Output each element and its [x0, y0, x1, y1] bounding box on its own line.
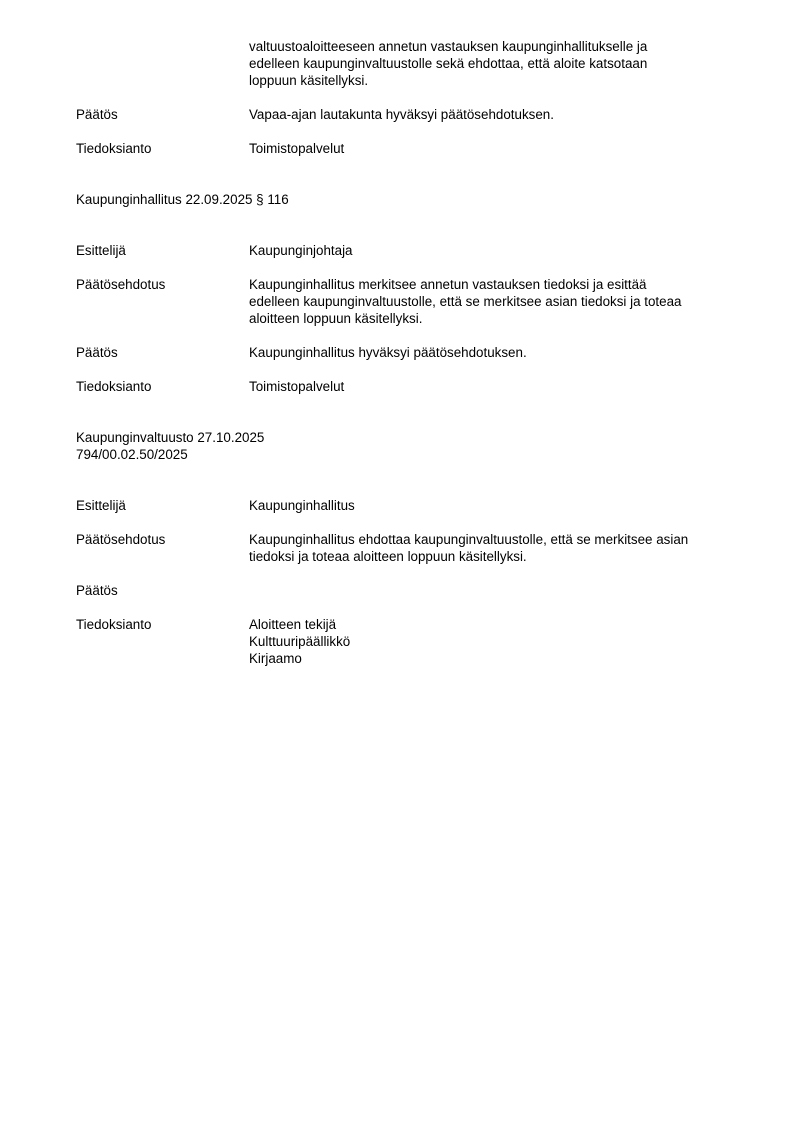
- s1-tiedoksianto-row: Tiedoksianto Toimistopalvelut: [76, 378, 736, 395]
- text-line: Toimistopalvelut: [249, 378, 736, 395]
- field-value: Vapaa-ajan lautakunta hyväksyi päätösehd…: [249, 106, 736, 123]
- s2-paatosehdotus-row: Päätösehdotus Kaupunginhallitus ehdottaa…: [76, 531, 736, 565]
- field-label: Tiedoksianto: [76, 140, 249, 157]
- field-value: Kaupunginhallitus merkitsee annetun vast…: [249, 276, 736, 327]
- text-line: Kaupunginhallitus merkitsee annetun vast…: [249, 276, 736, 293]
- text-line: loppuun käsitellyksi.: [249, 72, 736, 89]
- text-line: Aloitteen tekijä: [249, 616, 736, 633]
- field-value: Kaupunginhallitus hyväksyi päätösehdotuk…: [249, 344, 736, 361]
- text-line: aloitteen loppuun käsitellyksi.: [249, 310, 736, 327]
- field-value: Kaupunginhallitus ehdottaa kaupunginvalt…: [249, 531, 736, 565]
- field-label: Tiedoksianto: [76, 616, 249, 667]
- s1-paatosehdotus-row: Päätösehdotus Kaupunginhallitus merkitse…: [76, 276, 736, 327]
- text-line: edelleen kaupunginvaltuustolle sekä ehdo…: [249, 55, 736, 72]
- s1-esittelija-row: Esittelijä Kaupunginjohtaja: [76, 242, 736, 259]
- section-heading-kaupunginvaltuusto: Kaupunginvaltuusto 27.10.2025 794/00.02.…: [76, 429, 736, 463]
- field-label: Esittelijä: [76, 242, 249, 259]
- field-value: Kaupunginhallitus: [249, 497, 736, 514]
- field-value: Toimistopalvelut: [249, 378, 736, 395]
- field-label: Päätös: [76, 106, 249, 123]
- text-line: Kirjaamo: [249, 650, 736, 667]
- document-page: valtuustoaloitteeseen annetun vastauksen…: [76, 38, 736, 684]
- text-line: Kaupunginjohtaja: [249, 242, 736, 259]
- section-heading-kaupunginhallitus: Kaupunginhallitus 22.09.2025 § 116: [76, 191, 736, 208]
- s1-paatos-row: Päätös Kaupunginhallitus hyväksyi päätös…: [76, 344, 736, 361]
- intro-empty-label: [76, 38, 249, 89]
- text-line: tiedoksi ja toteaa aloitteen loppuun käs…: [249, 548, 736, 565]
- s2-esittelija-row: Esittelijä Kaupunginhallitus: [76, 497, 736, 514]
- field-label: Päätösehdotus: [76, 276, 249, 327]
- intro-paatos-row: Päätös Vapaa-ajan lautakunta hyväksyi pä…: [76, 106, 736, 123]
- field-label: Päätös: [76, 344, 249, 361]
- text-line: valtuustoaloitteeseen annetun vastauksen…: [249, 38, 736, 55]
- field-value-empty: [249, 582, 736, 599]
- intro-continuation-text: valtuustoaloitteeseen annetun vastauksen…: [249, 38, 736, 89]
- s2-paatos-row: Päätös: [76, 582, 736, 599]
- intro-continuation: valtuustoaloitteeseen annetun vastauksen…: [76, 38, 736, 89]
- section-title: Kaupunginhallitus 22.09.2025 § 116: [76, 191, 736, 208]
- text-line: edelleen kaupunginvaltuustolle, että se …: [249, 293, 736, 310]
- text-line: Kaupunginhallitus hyväksyi päätösehdotuk…: [249, 344, 736, 361]
- text-line: Kulttuuripäällikkö: [249, 633, 736, 650]
- s2-tiedoksianto-row: Tiedoksianto Aloitteen tekijä Kulttuurip…: [76, 616, 736, 667]
- field-label: Päätösehdotus: [76, 531, 249, 565]
- section-title: Kaupunginvaltuusto 27.10.2025: [76, 429, 736, 446]
- field-label: Esittelijä: [76, 497, 249, 514]
- field-label: Päätös: [76, 582, 249, 599]
- field-label: Tiedoksianto: [76, 378, 249, 395]
- field-value: Toimistopalvelut: [249, 140, 736, 157]
- text-line: Kaupunginhallitus: [249, 497, 736, 514]
- intro-tiedoksianto-row: Tiedoksianto Toimistopalvelut: [76, 140, 736, 157]
- record-number: 794/00.02.50/2025: [76, 446, 736, 463]
- text-line: Kaupunginhallitus ehdottaa kaupunginvalt…: [249, 531, 736, 548]
- field-value: Kaupunginjohtaja: [249, 242, 736, 259]
- field-value: Aloitteen tekijä Kulttuuripäällikkö Kirj…: [249, 616, 736, 667]
